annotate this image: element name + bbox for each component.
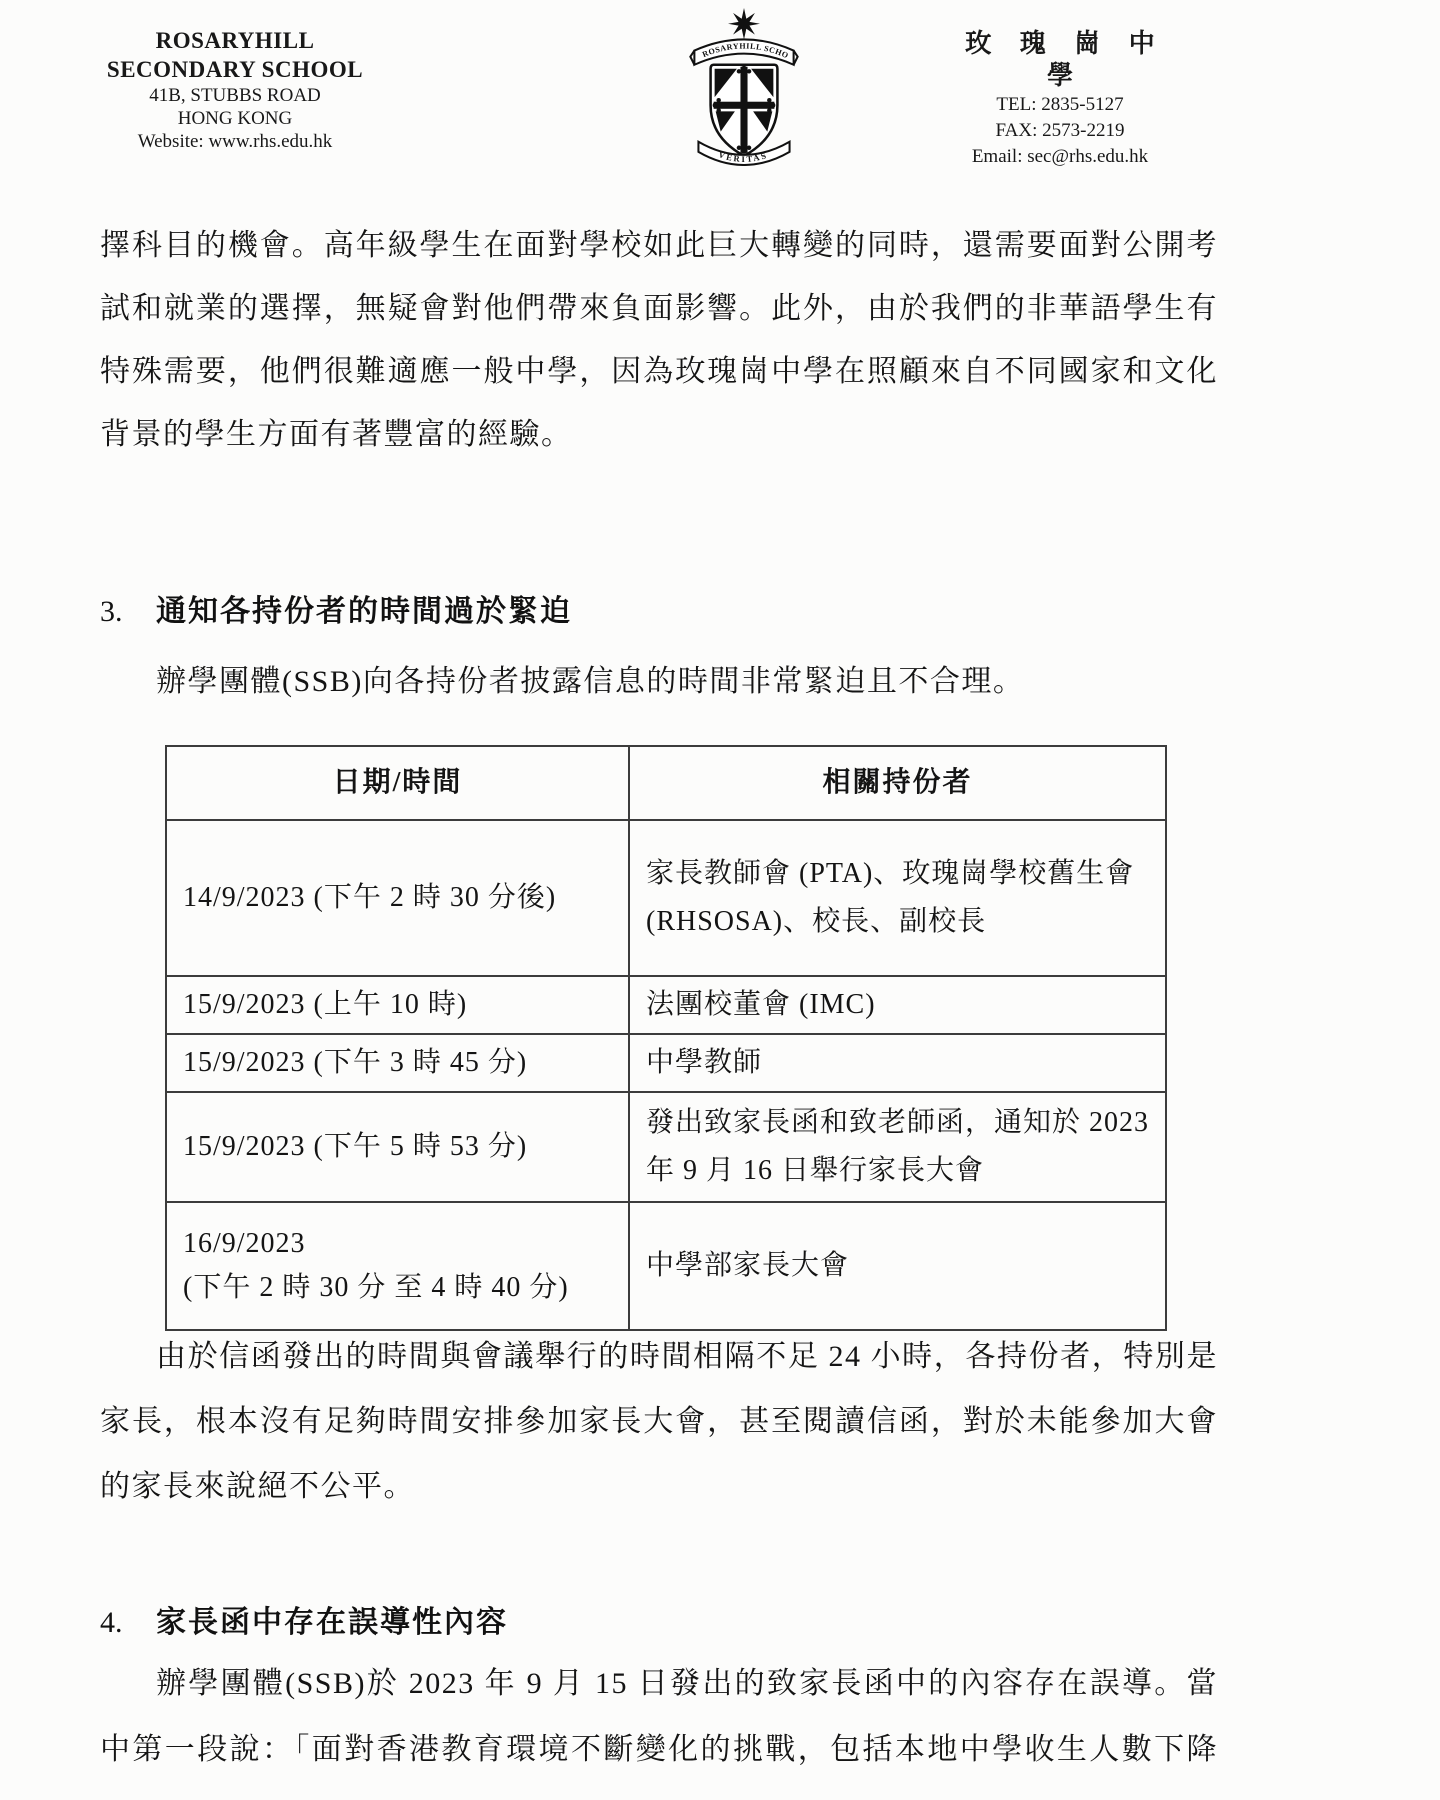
- date-time-cell: 14/9/2023 (下午 2 時 30 分後): [166, 820, 629, 976]
- letterhead-english-block: ROSARYHILL SECONDARY SCHOOL 41B, STUBBS …: [82, 26, 388, 154]
- school-name-en-line2: SECONDARY SCHOOL: [82, 55, 388, 84]
- section3-number: 3.: [100, 595, 156, 629]
- date-time-cell: 16/9/2023 (下午 2 時 30 分 至 4 時 40 分): [166, 1202, 629, 1330]
- table-header-row: 日期/時間 相關持份者: [166, 746, 1166, 820]
- stakeholder-header: 相關持份者: [629, 746, 1166, 820]
- address-line2: HONG KONG: [82, 107, 388, 130]
- stakeholder-cell: 發出致家長函和致老師函，通知於 2023 年 9 月 16 日舉行家長大會: [629, 1092, 1166, 1202]
- section4-title: 家長函中存在誤導性內容: [156, 1597, 508, 1641]
- section3-title: 通知各持份者的時間過於緊迫: [156, 586, 572, 630]
- stakeholder-table-body: 14/9/2023 (下午 2 時 30 分後)家長教師會 (PTA)、玫瑰崗學…: [166, 820, 1166, 1330]
- address-line1: 41B, STUBBS ROAD: [82, 84, 388, 107]
- table-row: 15/9/2023 (下午 3 時 45 分)中學教師: [166, 1034, 1166, 1092]
- tel-line: TEL: 2835-5127: [942, 92, 1178, 118]
- letterhead-chinese-block: 玫 瑰 崗 中 學 TEL: 2835-5127 FAX: 2573-2219 …: [942, 28, 1178, 170]
- school-crest-logo: ROSARYHILL SCHOOL VERITAS: [686, 4, 802, 166]
- email-line: Email: sec@rhs.edu.hk: [942, 144, 1178, 170]
- date-time-cell: 15/9/2023 (下午 3 時 45 分): [166, 1034, 629, 1092]
- school-name-zh: 玫 瑰 崗 中 學: [942, 28, 1189, 92]
- table-row: 16/9/2023 (下午 2 時 30 分 至 4 時 40 分)中學部家長大…: [166, 1202, 1166, 1330]
- section4-heading: 4. 家長函中存在誤導性內容: [100, 1597, 1218, 1641]
- stakeholder-schedule-table: 日期/時間 相關持份者 14/9/2023 (下午 2 時 30 分後)家長教師…: [165, 745, 1167, 1331]
- website-line: Website: www.rhs.edu.hk: [82, 130, 388, 154]
- school-name-en-line1: ROSARYHILL: [82, 26, 388, 55]
- stakeholder-cell: 法團校董會 (IMC): [629, 976, 1166, 1034]
- section3-heading: 3. 通知各持份者的時間過於緊迫: [100, 586, 1218, 630]
- date-time-cell: 15/9/2023 (下午 5 時 53 分): [166, 1092, 629, 1202]
- table-row: 15/9/2023 (上午 10 時)法團校董會 (IMC): [166, 976, 1166, 1034]
- section4-paragraph: 辦學團體(SSB)於 2023 年 9 月 15 日發出的致家長函中的內容存在誤…: [100, 1651, 1218, 1797]
- stakeholder-cell: 家長教師會 (PTA)、玫瑰崗學校舊生會 (RHSOSA)、校長、副校長: [629, 820, 1166, 976]
- table-row: 15/9/2023 (下午 5 時 53 分)發出致家長函和致老師函，通知於 2…: [166, 1092, 1166, 1202]
- date-time-header: 日期/時間: [166, 746, 629, 820]
- stakeholder-cell: 中學教師: [629, 1034, 1166, 1092]
- after-table-paragraph: 由於信函發出的時間與會議舉行的時間相隔不足 24 小時，各持份者，特別是家長，根…: [100, 1324, 1218, 1519]
- section4-number: 4.: [100, 1606, 156, 1640]
- intro-paragraph: 擇科目的機會。高年級學生在面對學校如此巨大轉變的同時，還需要面對公開考試和就業的…: [100, 214, 1218, 466]
- section3-lead-paragraph: 辦學團體(SSB)向各持份者披露信息的時間非常緊迫且不合理。: [100, 650, 1218, 713]
- stakeholder-cell: 中學部家長大會: [629, 1202, 1166, 1330]
- star-icon: [728, 8, 760, 39]
- crest-icon: ROSARYHILL SCHOOL VERITAS: [686, 4, 802, 166]
- document-page: ROSARYHILL SECONDARY SCHOOL 41B, STUBBS …: [0, 0, 1440, 1800]
- table-row: 14/9/2023 (下午 2 時 30 分後)家長教師會 (PTA)、玫瑰崗學…: [166, 820, 1166, 976]
- date-time-cell: 15/9/2023 (上午 10 時): [166, 976, 629, 1034]
- fax-line: FAX: 2573-2219: [942, 118, 1178, 144]
